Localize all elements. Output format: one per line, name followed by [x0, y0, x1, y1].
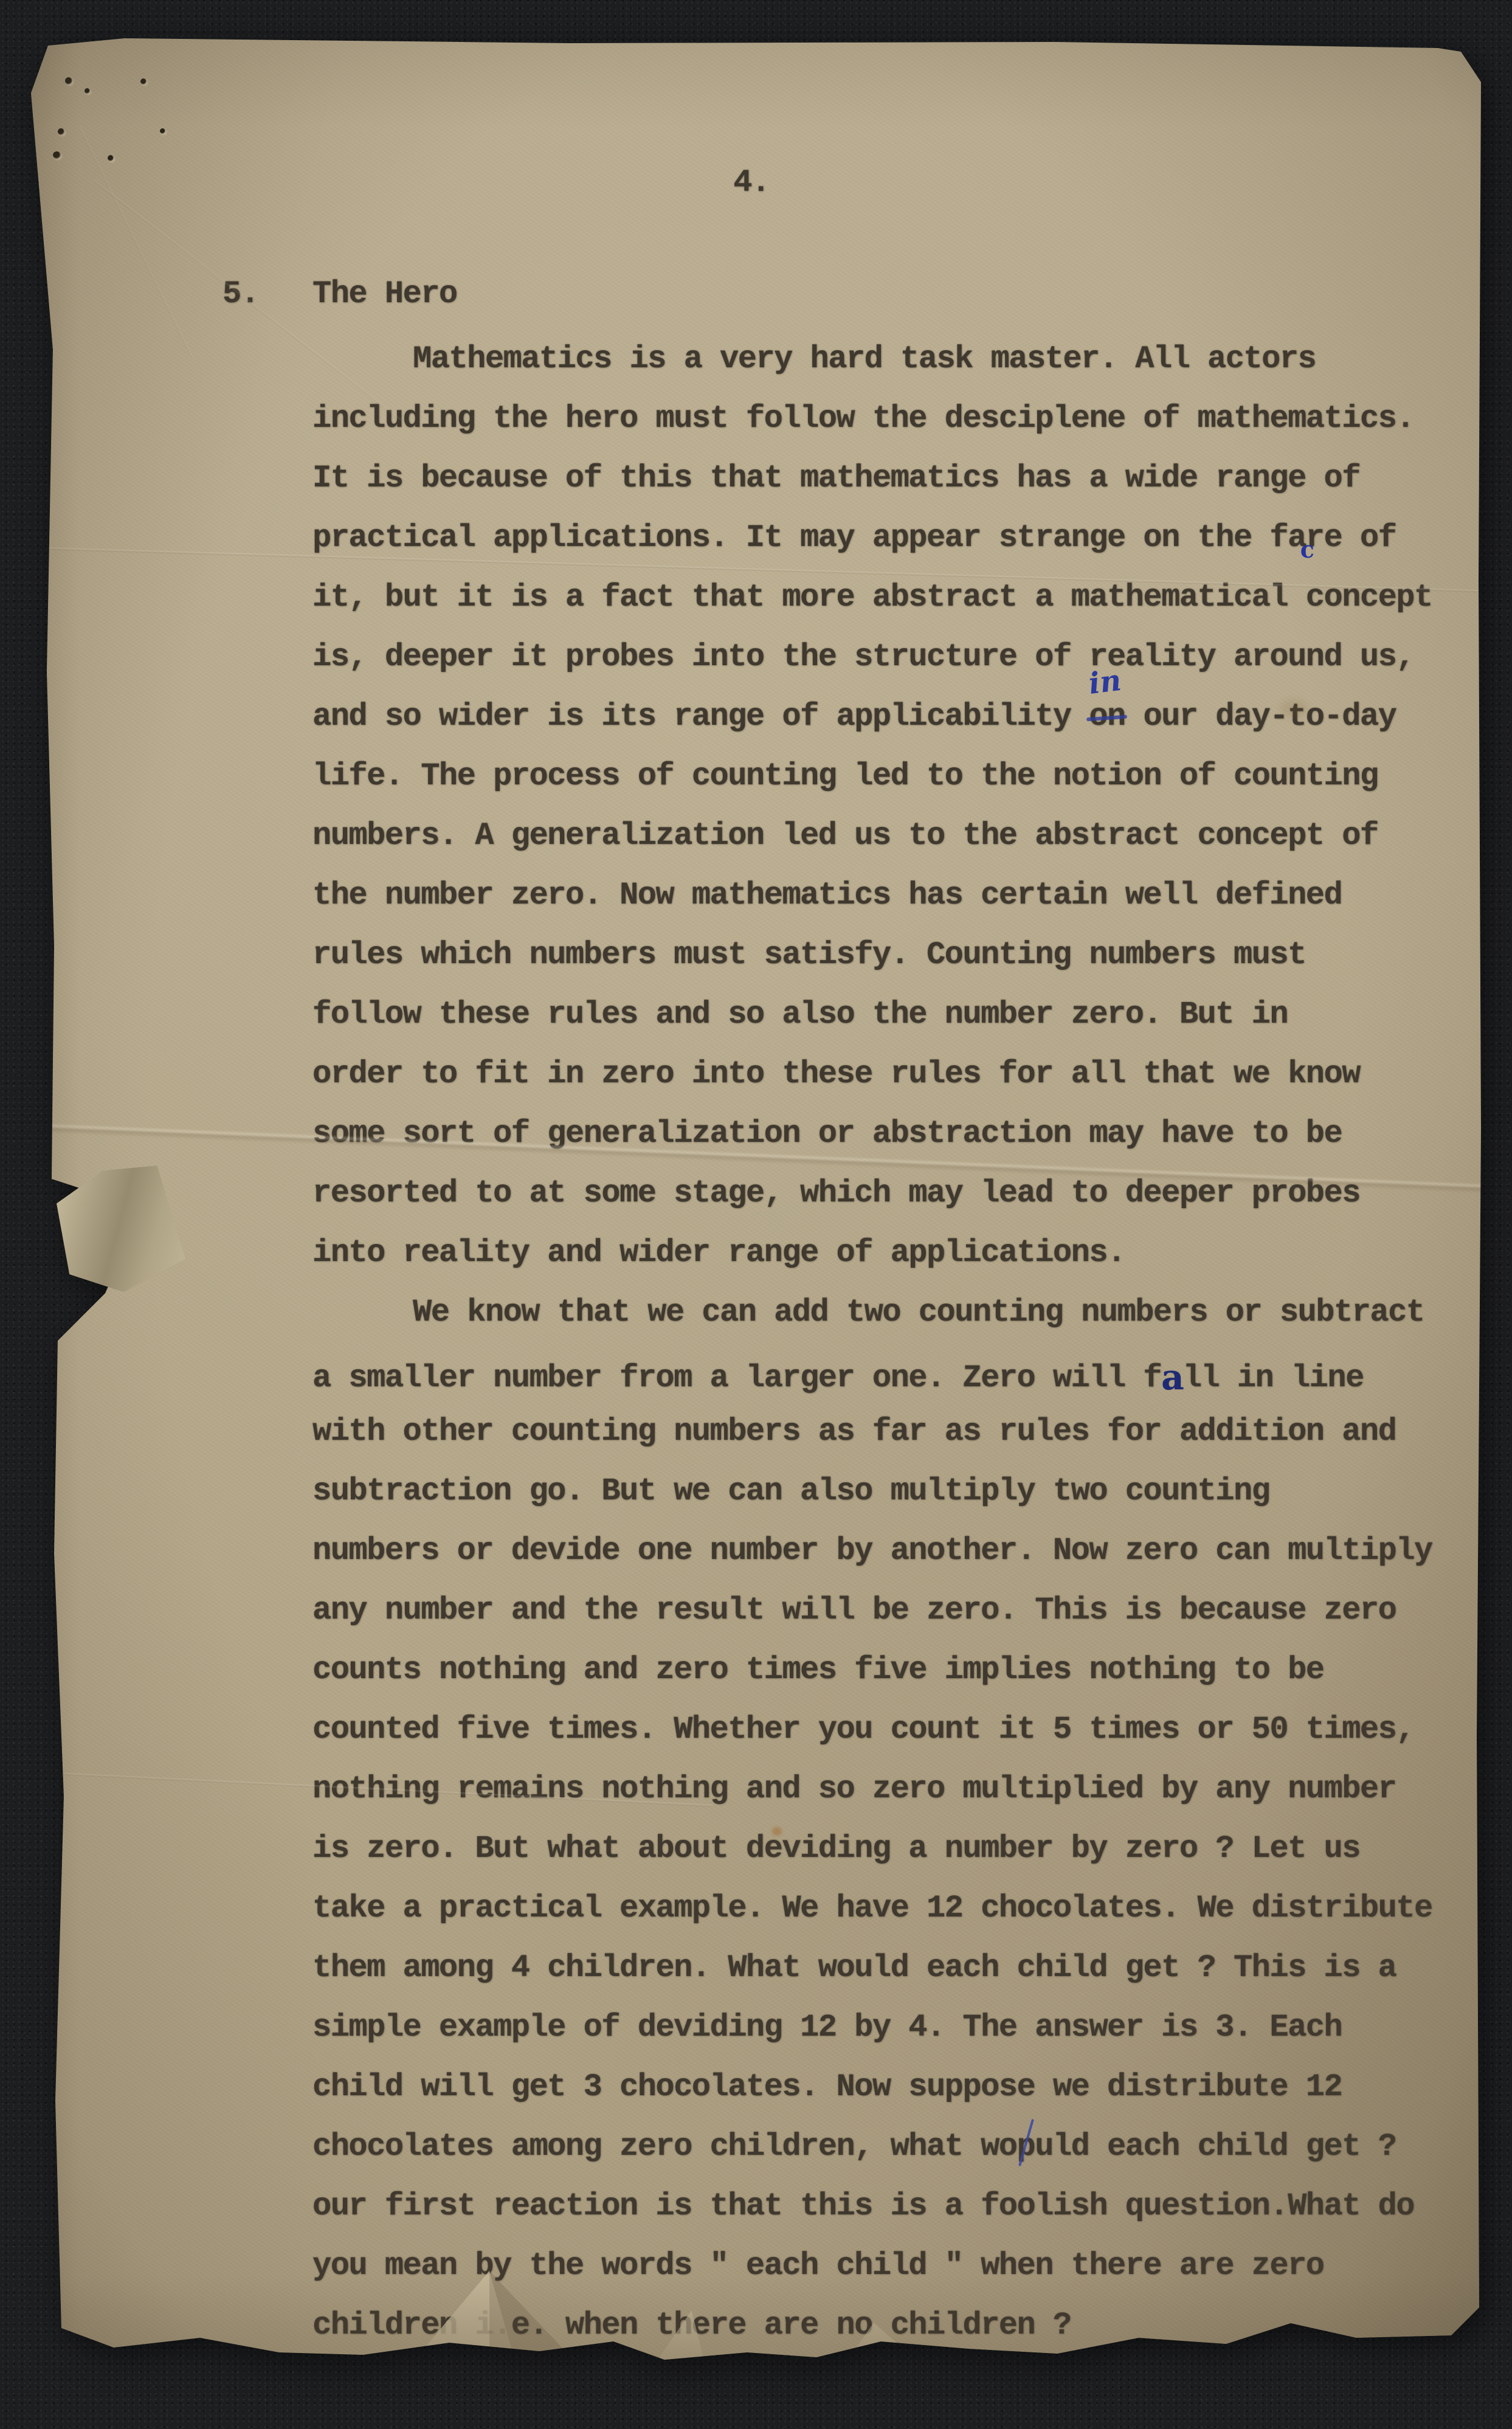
typewritten-line: numbers or devide one number by another.… — [312, 1532, 1432, 1570]
typed-text: resorted to at some stage, which may lea… — [312, 1175, 1360, 1211]
typed-text: it, but it is a fact that more abstract … — [312, 579, 1432, 615]
scanned-document-photo: { "colors": { "background": "#1d1e20", "… — [0, 0, 1512, 2429]
typewritten-line: follow these rules and so also the numbe… — [312, 996, 1288, 1034]
typewritten-line: children i.e. when there are no children… — [312, 2307, 1071, 2344]
typed-text: We know that we can add two counting num… — [413, 1294, 1424, 1330]
typewritten-line: and so wider is its range of applicabili… — [312, 698, 1396, 736]
section-number: 5. — [223, 275, 258, 313]
typed-text: uld each child get ? — [1035, 2129, 1396, 2165]
pin-hole — [58, 128, 64, 135]
typewritten-line: rules which numbers must satisfy. Counti… — [312, 936, 1306, 974]
paper-wrap: 4. 5. The Hero Mathematics is a very har… — [21, 33, 1482, 2393]
typed-text: some sort of generalization or abstracti… — [312, 1116, 1342, 1152]
handwritten-letter: a — [1161, 1356, 1183, 1399]
typed-text: rules which numbers must satisfy. Counti… — [312, 937, 1306, 973]
typewritten-line: you mean by the words " each child " whe… — [312, 2247, 1324, 2285]
typewritten-line: child will get 3 chocolates. Now suppose… — [312, 2068, 1342, 2106]
typewritten-line: counts nothing and zero times five impli… — [312, 1651, 1324, 1689]
typed-text: child will get 3 chocolates. Now suppose… — [312, 2069, 1342, 2105]
pin-hole — [85, 88, 90, 94]
typewritten-line: It is because of this that mathematics h… — [312, 460, 1360, 497]
typewritten-line: take a practical example. We have 12 cho… — [312, 1890, 1432, 1927]
typed-text: take a practical example. We have 12 cho… — [312, 1890, 1432, 1926]
typed-text: It is because of this that mathematics h… — [312, 460, 1360, 496]
handwritten-correction: c — [1300, 536, 1314, 564]
typed-text: you mean by the words " each child " whe… — [312, 2248, 1324, 2284]
typed-text: e of — [1324, 520, 1396, 556]
typewritten-line: a smaller number from a larger one. Zero… — [312, 1353, 1364, 1397]
typewritten-line: resorted to at some stage, which may lea… — [312, 1175, 1360, 1212]
typewritten-line: numbers. A generalization led us to the … — [312, 817, 1378, 855]
page-number: 4. — [21, 164, 1482, 202]
typed-text: numbers or devide one number by another.… — [312, 1533, 1432, 1569]
pin-hole — [160, 128, 165, 134]
pin-hole — [108, 155, 114, 161]
typewritten-line: our first reaction is that this is a foo… — [312, 2188, 1414, 2225]
typewritten-line: subtraction go. But we can also multiply… — [312, 1473, 1269, 1510]
section-title: The Hero — [312, 275, 457, 313]
typewritten-line: with other counting numbers as far as ru… — [312, 1413, 1396, 1451]
typed-text: our day-to-day — [1125, 699, 1396, 734]
typewritten-line: order to fit in zero into these rules fo… — [312, 1056, 1360, 1093]
typed-text: and so wider is its range of applicabili… — [312, 699, 1089, 734]
deleted-letter: p — [1017, 2128, 1035, 2166]
typed-text: including the hero must follow the desci… — [312, 401, 1414, 437]
typed-text: with other counting numbers as far as ru… — [312, 1414, 1396, 1449]
typed-text: life. The process of counting led to the… — [312, 758, 1378, 794]
typewritten-line: it, but it is a fact that more abstract … — [312, 579, 1432, 617]
typewritten-text: 4. 5. The Hero Mathematics is a very har… — [21, 33, 1482, 2393]
typewritten-line: We know that we can add two counting num… — [312, 1294, 1424, 1332]
typewritten-line: Mathematics is a very hard task master. … — [312, 340, 1316, 378]
typewritten-line: counted five times. Whether you count it… — [312, 1711, 1414, 1749]
typed-text: chocolates among zero children, what wo — [312, 2129, 1017, 2165]
pin-hole — [53, 151, 61, 159]
typewritten-line: life. The process of counting led to the… — [312, 758, 1378, 795]
typed-text: any number and the result will be zero. … — [312, 1592, 1396, 1628]
typed-text: numbers. A generalization led us to the … — [312, 818, 1378, 854]
typewritten-line: nothing remains nothing and so zero mult… — [312, 1771, 1396, 1808]
handwritten-insertion: in — [1087, 663, 1124, 702]
typed-text: a smaller number from a larger one. Zero… — [312, 1360, 1161, 1396]
typewritten-line: is zero. But what about deviding a numbe… — [312, 1830, 1360, 1868]
typewritten-line: any number and the result will be zero. … — [312, 1592, 1396, 1629]
typed-text: practical applications. It may appear st… — [312, 520, 1306, 556]
typewritten-line: practical applications. It may appear st… — [312, 519, 1396, 557]
typed-text: them among 4 children. What would each c… — [312, 1950, 1396, 1986]
typed-text: simple example of deviding 12 by 4. The … — [312, 2009, 1342, 2045]
pin-hole — [65, 77, 72, 85]
typed-text: is, deeper it probes into the structure … — [312, 639, 1414, 675]
typed-text: the number zero. Now mathematics has cer… — [312, 877, 1342, 913]
typed-text: counted five times. Whether you count it… — [312, 1712, 1414, 1747]
paper-sheet: 4. 5. The Hero Mathematics is a very har… — [21, 33, 1482, 2393]
typed-text: rc — [1306, 519, 1324, 557]
typed-text: is zero. But what about deviding a numbe… — [312, 1831, 1360, 1867]
typewritten-line: some sort of generalization or abstracti… — [312, 1115, 1342, 1153]
pin-hole — [140, 78, 147, 85]
typed-text: subtraction go. But we can also multiply… — [312, 1473, 1269, 1509]
typewritten-line: the number zero. Now mathematics has cer… — [312, 877, 1342, 914]
typed-text: follow these rules and so also the numbe… — [312, 997, 1288, 1032]
typewritten-line: them among 4 children. What would each c… — [312, 1949, 1396, 1987]
typed-text: order to fit in zero into these rules fo… — [312, 1056, 1360, 1092]
typed-text: ll in line — [1183, 1360, 1364, 1396]
typed-text: nothing remains nothing and so zero mult… — [312, 1771, 1396, 1807]
struck-word: onin — [1089, 698, 1125, 736]
typewritten-line: chocolates among zero children, what wop… — [312, 2128, 1396, 2166]
typed-text: our first reaction is that this is a foo… — [312, 2188, 1414, 2224]
typed-text: children i.e. when there are no children… — [312, 2307, 1071, 2343]
typewritten-line: including the hero must follow the desci… — [312, 400, 1414, 438]
typed-text: into reality and wider range of applicat… — [312, 1235, 1125, 1271]
typed-text: Mathematics is a very hard task master. … — [413, 341, 1316, 377]
typewritten-line: into reality and wider range of applicat… — [312, 1234, 1125, 1272]
typewritten-line: is, deeper it probes into the structure … — [312, 638, 1414, 676]
typed-text: counts nothing and zero times five impli… — [312, 1652, 1324, 1688]
typewritten-line: simple example of deviding 12 by 4. The … — [312, 2009, 1342, 2047]
